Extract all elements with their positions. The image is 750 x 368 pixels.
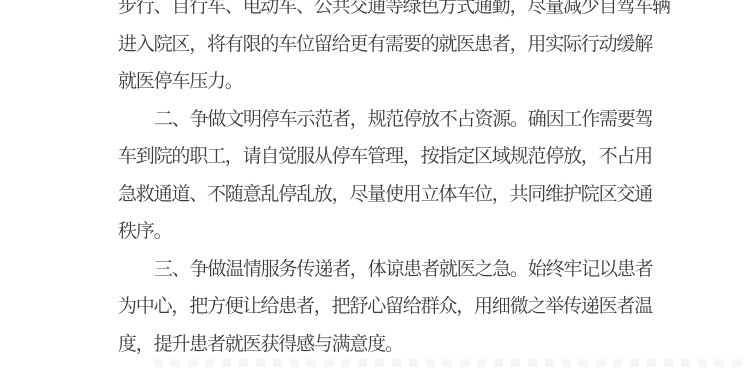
text-line: 度，提升患者就医获得感与满意度。 (118, 326, 658, 364)
text-line: 急救通道、不随意乱停乱放，尽量使用立体车位，共同维护院区交通 (118, 176, 658, 214)
document-page: 步行、自行车、电动车、公共交通等绿色方式通勤，尽量减少自驾车辆 进入院区，将有限… (0, 0, 750, 368)
text-line: 为中心，把方便让给患者，把舒心留给群众，用细微之举传递医者温 (118, 288, 658, 326)
text-line: 秩序。 (118, 213, 658, 251)
clipped-next-line-artifact (154, 359, 746, 367)
text-line: 车到院的职工，请自觉服从停车管理，按指定区域规范停放，不占用 (118, 138, 658, 176)
text-line-paragraph-start: 三、争做温情服务传递者，体谅患者就医之急。始终牢记以患者 (118, 251, 658, 289)
text-line-paragraph-start: 二、争做文明停车示范者，规范停放不占资源。确因工作需要驾 (118, 101, 658, 139)
text-line: 步行、自行车、电动车、公共交通等绿色方式通勤，尽量减少自驾车辆 (118, 0, 658, 26)
text-line: 就医停车压力。 (118, 63, 658, 101)
text-line: 进入院区，将有限的车位留给更有需要的就医患者，用实际行动缓解 (118, 26, 658, 64)
article-body: 步行、自行车、电动车、公共交通等绿色方式通勤，尽量减少自驾车辆 进入院区，将有限… (118, 0, 658, 363)
